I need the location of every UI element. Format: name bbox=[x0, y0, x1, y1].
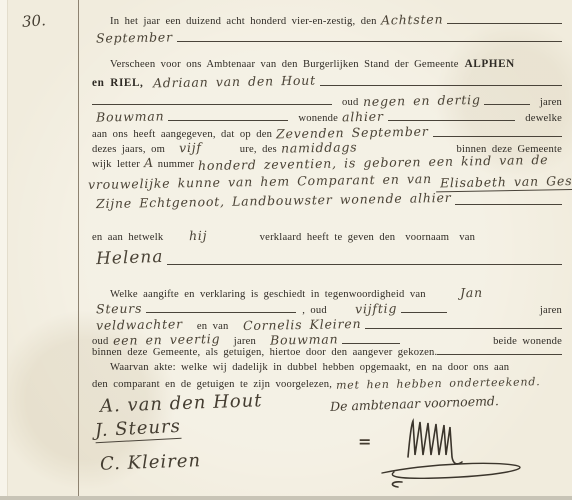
printed-text: nummer bbox=[158, 159, 195, 170]
blank-line bbox=[437, 354, 562, 355]
handwritten-daypart: namiddags bbox=[277, 139, 362, 155]
handwritten-declarant-residence: alhier bbox=[338, 109, 388, 125]
equals-mark: = bbox=[358, 432, 371, 451]
blank-line bbox=[167, 264, 562, 265]
handwritten-month: September bbox=[92, 29, 177, 45]
blank-line bbox=[342, 343, 400, 344]
act-line-20: den comparant en de getuigen te zijn voo… bbox=[92, 377, 562, 390]
act-line-5: oud negen en dertig jaren bbox=[92, 93, 562, 108]
blank-line bbox=[92, 104, 332, 105]
printed-text: jaren bbox=[540, 305, 562, 316]
act-line-3: Verscheen voor ons Ambtenaar van den Bur… bbox=[92, 58, 562, 70]
act-number: 30. bbox=[21, 11, 46, 31]
handwritten-hour: vijf bbox=[175, 140, 206, 156]
blank-line bbox=[433, 136, 562, 137]
act-line-4: en RIEL, Adriaan van den Hout bbox=[92, 74, 562, 89]
blank-line bbox=[484, 104, 530, 105]
margin-vertical-rule bbox=[78, 0, 79, 496]
printed-text: van bbox=[459, 232, 475, 243]
municipality-name-part1: ALPHEN bbox=[465, 58, 515, 70]
act-line-14: Welke aangifte en verklaring is geschied… bbox=[92, 285, 562, 300]
printed-text: verklaard heeft te geven den bbox=[260, 232, 396, 243]
handwritten-witness2-occupation: Bouwman bbox=[266, 331, 343, 347]
handwritten-declarant-name: Adriaan van den Hout bbox=[149, 73, 320, 91]
printed-text: en aan hetwelk bbox=[92, 232, 163, 243]
handwritten-child-name: Helena bbox=[92, 247, 168, 270]
handwritten-district-letter: A bbox=[140, 155, 158, 170]
handwritten-text: Zijne Echtgenoot, Landbouwster wonende a… bbox=[92, 190, 456, 211]
act-line-19: Waarvan akte: welke wij dadelijk in dubb… bbox=[92, 362, 562, 373]
handwritten-witness2-name: Cornelis Kleiren bbox=[238, 316, 365, 333]
blank-line bbox=[177, 41, 562, 42]
printed-text: aan ons heeft aangegeven, dat op den bbox=[92, 129, 272, 140]
printed-text: Waarvan akte: welke wij dadelijk in dubb… bbox=[92, 362, 509, 373]
act-line-2: September bbox=[92, 30, 562, 45]
printed-text: , oud bbox=[302, 305, 327, 316]
scan-bottom-edge bbox=[0, 496, 572, 500]
printed-text: wonende bbox=[298, 113, 338, 124]
blank-line bbox=[388, 120, 516, 121]
printed-text: Verscheen voor ons Ambtenaar van den Bur… bbox=[92, 59, 459, 70]
act-line-6: Bouwman wonende alhier dewelke bbox=[92, 109, 562, 124]
municipality-name-part2: en RIEL, bbox=[92, 77, 143, 89]
printed-text: dezes jaars, om bbox=[92, 144, 165, 155]
act-line-15: Steurs , oud vijftig jaren bbox=[92, 301, 562, 316]
act-line-7: aan ons heeft aangegeven, dat op den Zev… bbox=[92, 125, 562, 140]
signature-witness2: C. Kleiren bbox=[100, 450, 202, 475]
official-signature-flourish bbox=[378, 405, 538, 495]
scan-left-edge bbox=[0, 0, 8, 500]
handwritten-witness1-occupation: veldwachter bbox=[92, 316, 187, 333]
printed-text: dewelke bbox=[525, 113, 562, 124]
printed-text: den comparant en de getuigen te zijn voo… bbox=[92, 379, 332, 390]
printed-text: beide wonende bbox=[493, 336, 562, 347]
handwritten-witness1-lastname: Steurs bbox=[92, 301, 146, 317]
signature-declarant: A. van den Hout bbox=[100, 390, 263, 417]
blank-line bbox=[365, 328, 562, 329]
handwritten-mother-name: Elisabeth van Gestel, bbox=[436, 173, 572, 193]
act-line-17: oud een en veertig jaren Bouwman beide w… bbox=[92, 332, 562, 347]
handwritten-pronoun: hij bbox=[185, 228, 212, 243]
act-line-1: In het jaar een duizend acht honderd vie… bbox=[92, 12, 562, 27]
act-line-12: en aan hetwelk hij verklaard heeft te ge… bbox=[92, 228, 562, 243]
blank-line bbox=[146, 312, 296, 313]
handwritten-witness1-age: vijftig bbox=[351, 301, 401, 317]
printed-text: wijk letter bbox=[92, 159, 140, 170]
blank-line bbox=[447, 23, 562, 24]
printed-text: In het jaar een duizend acht honderd vie… bbox=[92, 16, 377, 27]
printed-text: binnen deze Gemeente, als getuigen, hier… bbox=[92, 347, 437, 358]
blank-line bbox=[320, 85, 562, 86]
handwritten-witness1-firstname: Jan bbox=[456, 285, 487, 301]
printed-text: Welke aangifte en verklaring is geschied… bbox=[92, 289, 426, 300]
handwritten-text: vrouwelijke kunne van hem Comparant en v… bbox=[84, 171, 436, 192]
printed-text: ure, des bbox=[240, 144, 277, 155]
handwritten-closing: met hen hebben onderteekend. bbox=[332, 375, 545, 392]
act-line-9: wijk letter A nummer honderd zeventien, … bbox=[92, 155, 562, 170]
blank-line bbox=[401, 312, 447, 313]
handwritten-day: Achtsten bbox=[376, 11, 447, 27]
act-line-18: binnen deze Gemeente, als getuigen, hier… bbox=[92, 347, 562, 358]
printed-text: oud bbox=[342, 97, 359, 108]
birth-certificate-scan: 30. In het jaar een duizend acht honderd… bbox=[0, 0, 572, 500]
printed-text: oud bbox=[92, 336, 109, 347]
blank-line bbox=[455, 204, 562, 205]
act-line-13: Helena bbox=[92, 248, 562, 268]
handwritten-house-number: honderd zeventien, is geboren een kind v… bbox=[194, 152, 553, 173]
handwritten-declarant-occupation: Bouwman bbox=[92, 108, 169, 124]
signature-witness1: J. Steurs bbox=[94, 416, 181, 443]
act-line-10: vrouwelijke kunne van hem Comparant en v… bbox=[84, 174, 562, 191]
printed-text: jaren bbox=[540, 97, 562, 108]
handwritten-witness2-age: een en veertig bbox=[108, 331, 224, 348]
act-line-11: Zijne Echtgenoot, Landbouwster wonende a… bbox=[92, 193, 562, 208]
act-line-16: veldwachter en van Cornelis Kleiren bbox=[92, 317, 562, 332]
printed-text: voornaam bbox=[405, 232, 449, 243]
handwritten-declarant-age: negen en dertig bbox=[358, 92, 484, 109]
blank-line bbox=[168, 120, 288, 121]
printed-text: jaren bbox=[234, 336, 256, 347]
